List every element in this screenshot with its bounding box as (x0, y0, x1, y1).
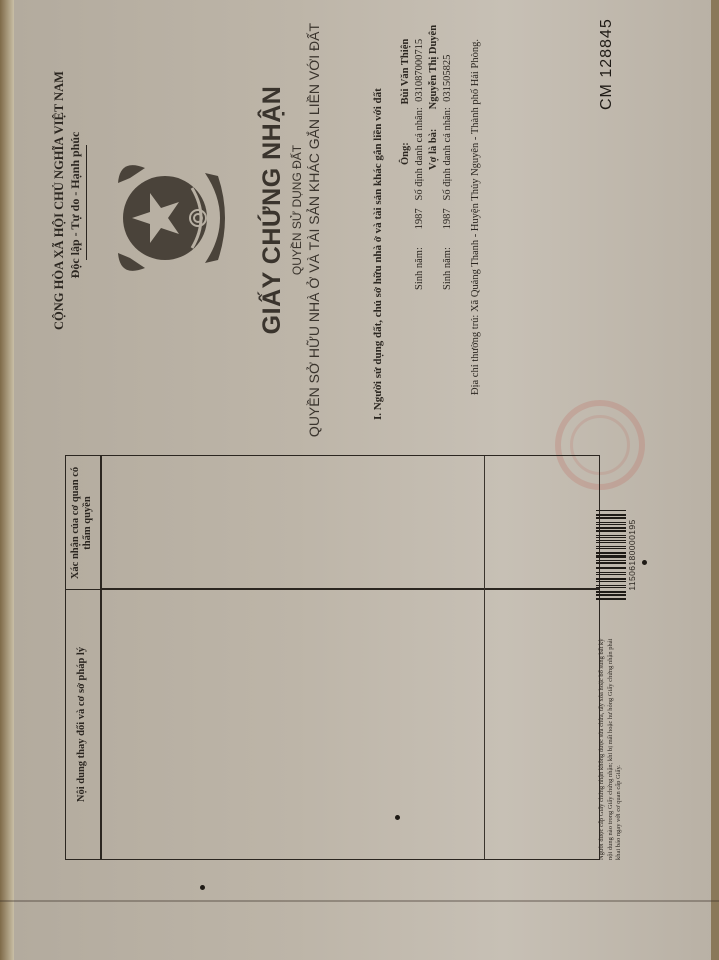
owner-id-label: Số định danh cá nhân: (414, 107, 425, 200)
owner-birth-label: Sinh năm: (414, 232, 425, 290)
owner-label: Ông: (400, 107, 411, 165)
barcode-gap (596, 526, 626, 527)
barcode-bar (596, 567, 626, 568)
spouse-id: 031505825 (442, 55, 453, 102)
barcode-bar (596, 591, 626, 593)
spouse-birth-label: Sinh năm: (442, 232, 453, 290)
barcode-gap (596, 583, 626, 584)
permanent-address: Địa chỉ thường trú: Xã Quảng Thanh - Huy… (470, 39, 481, 395)
barcode-bar (596, 522, 626, 523)
owner-id: 031087000715 (414, 39, 425, 102)
owner-row: Ông: Bùi Văn Thiện (400, 39, 411, 165)
barcode-bar (596, 569, 626, 570)
ink-speck (200, 885, 205, 890)
table-header-divider (100, 456, 102, 859)
spouse-birth-year: 1987 (442, 208, 453, 229)
barcode-gap (596, 550, 626, 551)
certificate-subtitle-2: QUYỀN SỞ HỮU NHÀ Ở VÀ TÀI SẢN KHÁC GẮN L… (306, 0, 322, 460)
motto-underline (86, 145, 87, 260)
spouse-label: Vợ là bà: (428, 112, 439, 170)
barcode-gap (596, 597, 626, 598)
barcode-gap (596, 520, 626, 521)
footnote-warning: Người được cấp Giấy chứng nhận không đượ… (598, 635, 624, 860)
motto: Độc lập - Tự do - Hạnh phúc (68, 80, 83, 330)
owner-birth-row: Sinh năm: 1987 Số định danh cá nhân: 031… (414, 39, 425, 290)
barcode-bar (596, 572, 626, 573)
barcode-bar (596, 587, 626, 588)
barcode-gap (596, 576, 626, 577)
barcode-bar (596, 594, 626, 596)
national-emblem-icon (110, 148, 230, 288)
barcode-bar (596, 578, 626, 580)
barcode-bar (596, 510, 626, 512)
barcode-gap (596, 589, 626, 590)
barcode-gap (596, 570, 626, 571)
changes-table: Nội dung thay đổi và cơ sở pháp lý Xác n… (65, 455, 600, 860)
barcode-bar (596, 517, 626, 519)
barcode-gap (596, 533, 626, 534)
spouse-row: Vợ là bà: Nguyễn Thị Duyên (428, 25, 439, 170)
certificate-title: GIẤY CHỨNG NHẬN (258, 0, 287, 420)
barcode-gap (596, 539, 626, 540)
spouse-birth-row: Sinh năm: 1987 Số định danh cá nhân: 031… (442, 55, 453, 290)
spouse-name: Nguyễn Thị Duyên (428, 25, 439, 109)
spouse-id-label: Số định danh cá nhân: (442, 107, 453, 200)
ink-speck (642, 560, 647, 565)
table-row-divider (484, 456, 485, 859)
country-header: CỘNG HÒA XÃ HỘI CHỦ NGHĨA VIỆT NAM (52, 80, 67, 330)
section-1-heading: I. Người sử dụng đất, chủ sở hữu nhà ở v… (372, 88, 384, 420)
barcode-bar (596, 527, 626, 529)
barcode-bar (596, 548, 626, 549)
ink-speck (395, 815, 400, 820)
table-column-divider (100, 589, 599, 591)
barcode-bar (596, 542, 626, 543)
table-header-confirmation: Xác nhận của cơ quan có thẩm quyền (66, 457, 100, 589)
barcode-bar (596, 555, 626, 557)
barcode-bar (596, 581, 626, 583)
owner-name: Bùi Văn Thiện (400, 39, 411, 105)
barcode-bar (596, 562, 626, 564)
barcode-gap (596, 544, 626, 545)
barcode-bar (596, 574, 626, 575)
barcode-bar (596, 552, 626, 554)
barcode-bar (596, 546, 626, 548)
table-header-changes: Nội dung thay đổi và cơ sở pháp lý (66, 589, 100, 859)
barcode-bar (596, 514, 626, 516)
barcode-gap (596, 512, 626, 513)
barcode-bar (596, 540, 626, 541)
serial-number: CM 128845 (598, 18, 616, 110)
barcode-number: 11506180000195 (627, 510, 637, 600)
barcode-bar (596, 561, 626, 562)
owner-birth-year: 1987 (414, 208, 425, 229)
land-use-certificate: CỘNG HÒA XÃ HỘI CHỦ NGHĨA VIỆT NAM Độc l… (0, 0, 719, 960)
barcode-bar (596, 535, 626, 536)
barcode-gap (596, 565, 626, 566)
barcode-bar (596, 530, 626, 532)
certificate-subtitle-1: QUYỀN SỬ DỤNG ĐẤT (290, 0, 304, 420)
barcode-bar (596, 524, 626, 525)
barcode-bar (596, 585, 626, 586)
barcode (596, 510, 626, 600)
barcode-gap (596, 559, 626, 560)
barcode-bar (596, 598, 626, 600)
barcode-bar (596, 537, 626, 538)
